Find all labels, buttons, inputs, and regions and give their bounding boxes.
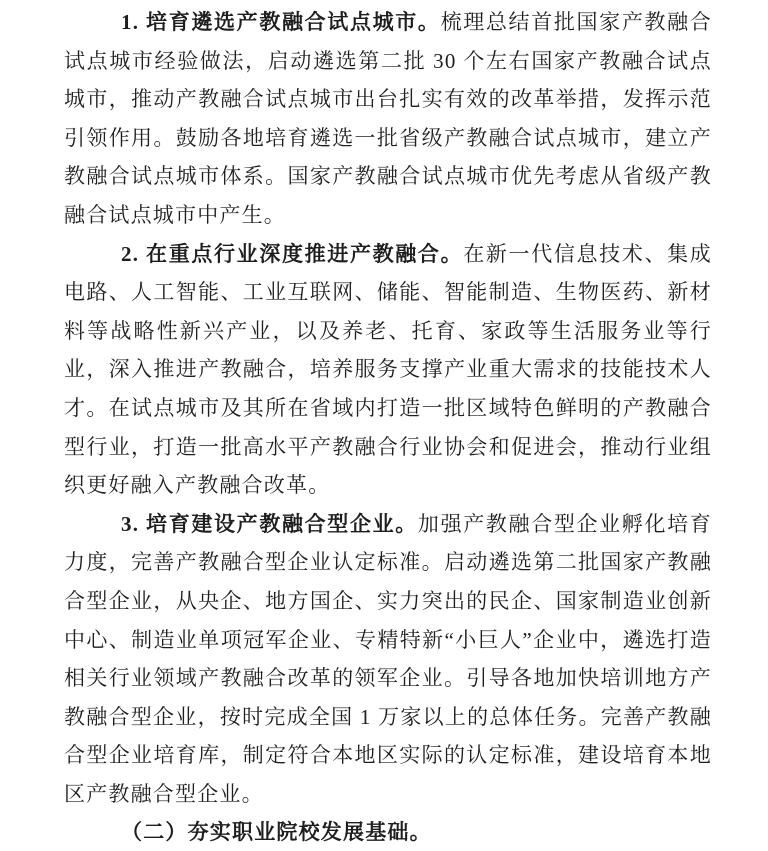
paragraph-2-body: 在新一代信息技术、集成电路、人工智能、工业互联网、储能、智能制造、生物医药、新材… bbox=[64, 242, 712, 498]
paragraph-2: 2. 在重点行业深度推进产教融合。在新一代信息技术、集成电路、人工智能、工业互联… bbox=[64, 235, 712, 505]
paragraph-3-lead: 3. 培育建设产教融合型企业。 bbox=[121, 512, 418, 536]
paragraph-1-lead: 1. 培育遴选产教融合试点城市。 bbox=[121, 10, 441, 34]
document-page: 1. 培育遴选产教融合试点城市。梳理总结首批国家产教融合试点城市经验做法，启动遴… bbox=[0, 0, 768, 851]
section-heading-lead: （二）夯实职业院校发展基础。 bbox=[121, 820, 432, 844]
paragraph-2-lead: 2. 在重点行业深度推进产教融合。 bbox=[121, 242, 463, 266]
paragraph-3-body: 加强产教融合型企业孵化培育力度，完善产教融合型企业认定标准。启动遴选第二批国家产… bbox=[64, 512, 712, 806]
paragraph-1-body: 梳理总结首批国家产教融合试点城市经验做法，启动遴选第二批 30 个左右国家产教融… bbox=[64, 10, 712, 227]
section-heading: （二）夯实职业院校发展基础。 bbox=[64, 813, 712, 851]
paragraph-3: 3. 培育建设产教融合型企业。加强产教融合型企业孵化培育力度，完善产教融合型企业… bbox=[64, 505, 712, 814]
paragraph-1: 1. 培育遴选产教融合试点城市。梳理总结首批国家产教融合试点城市经验做法，启动遴… bbox=[64, 3, 712, 235]
